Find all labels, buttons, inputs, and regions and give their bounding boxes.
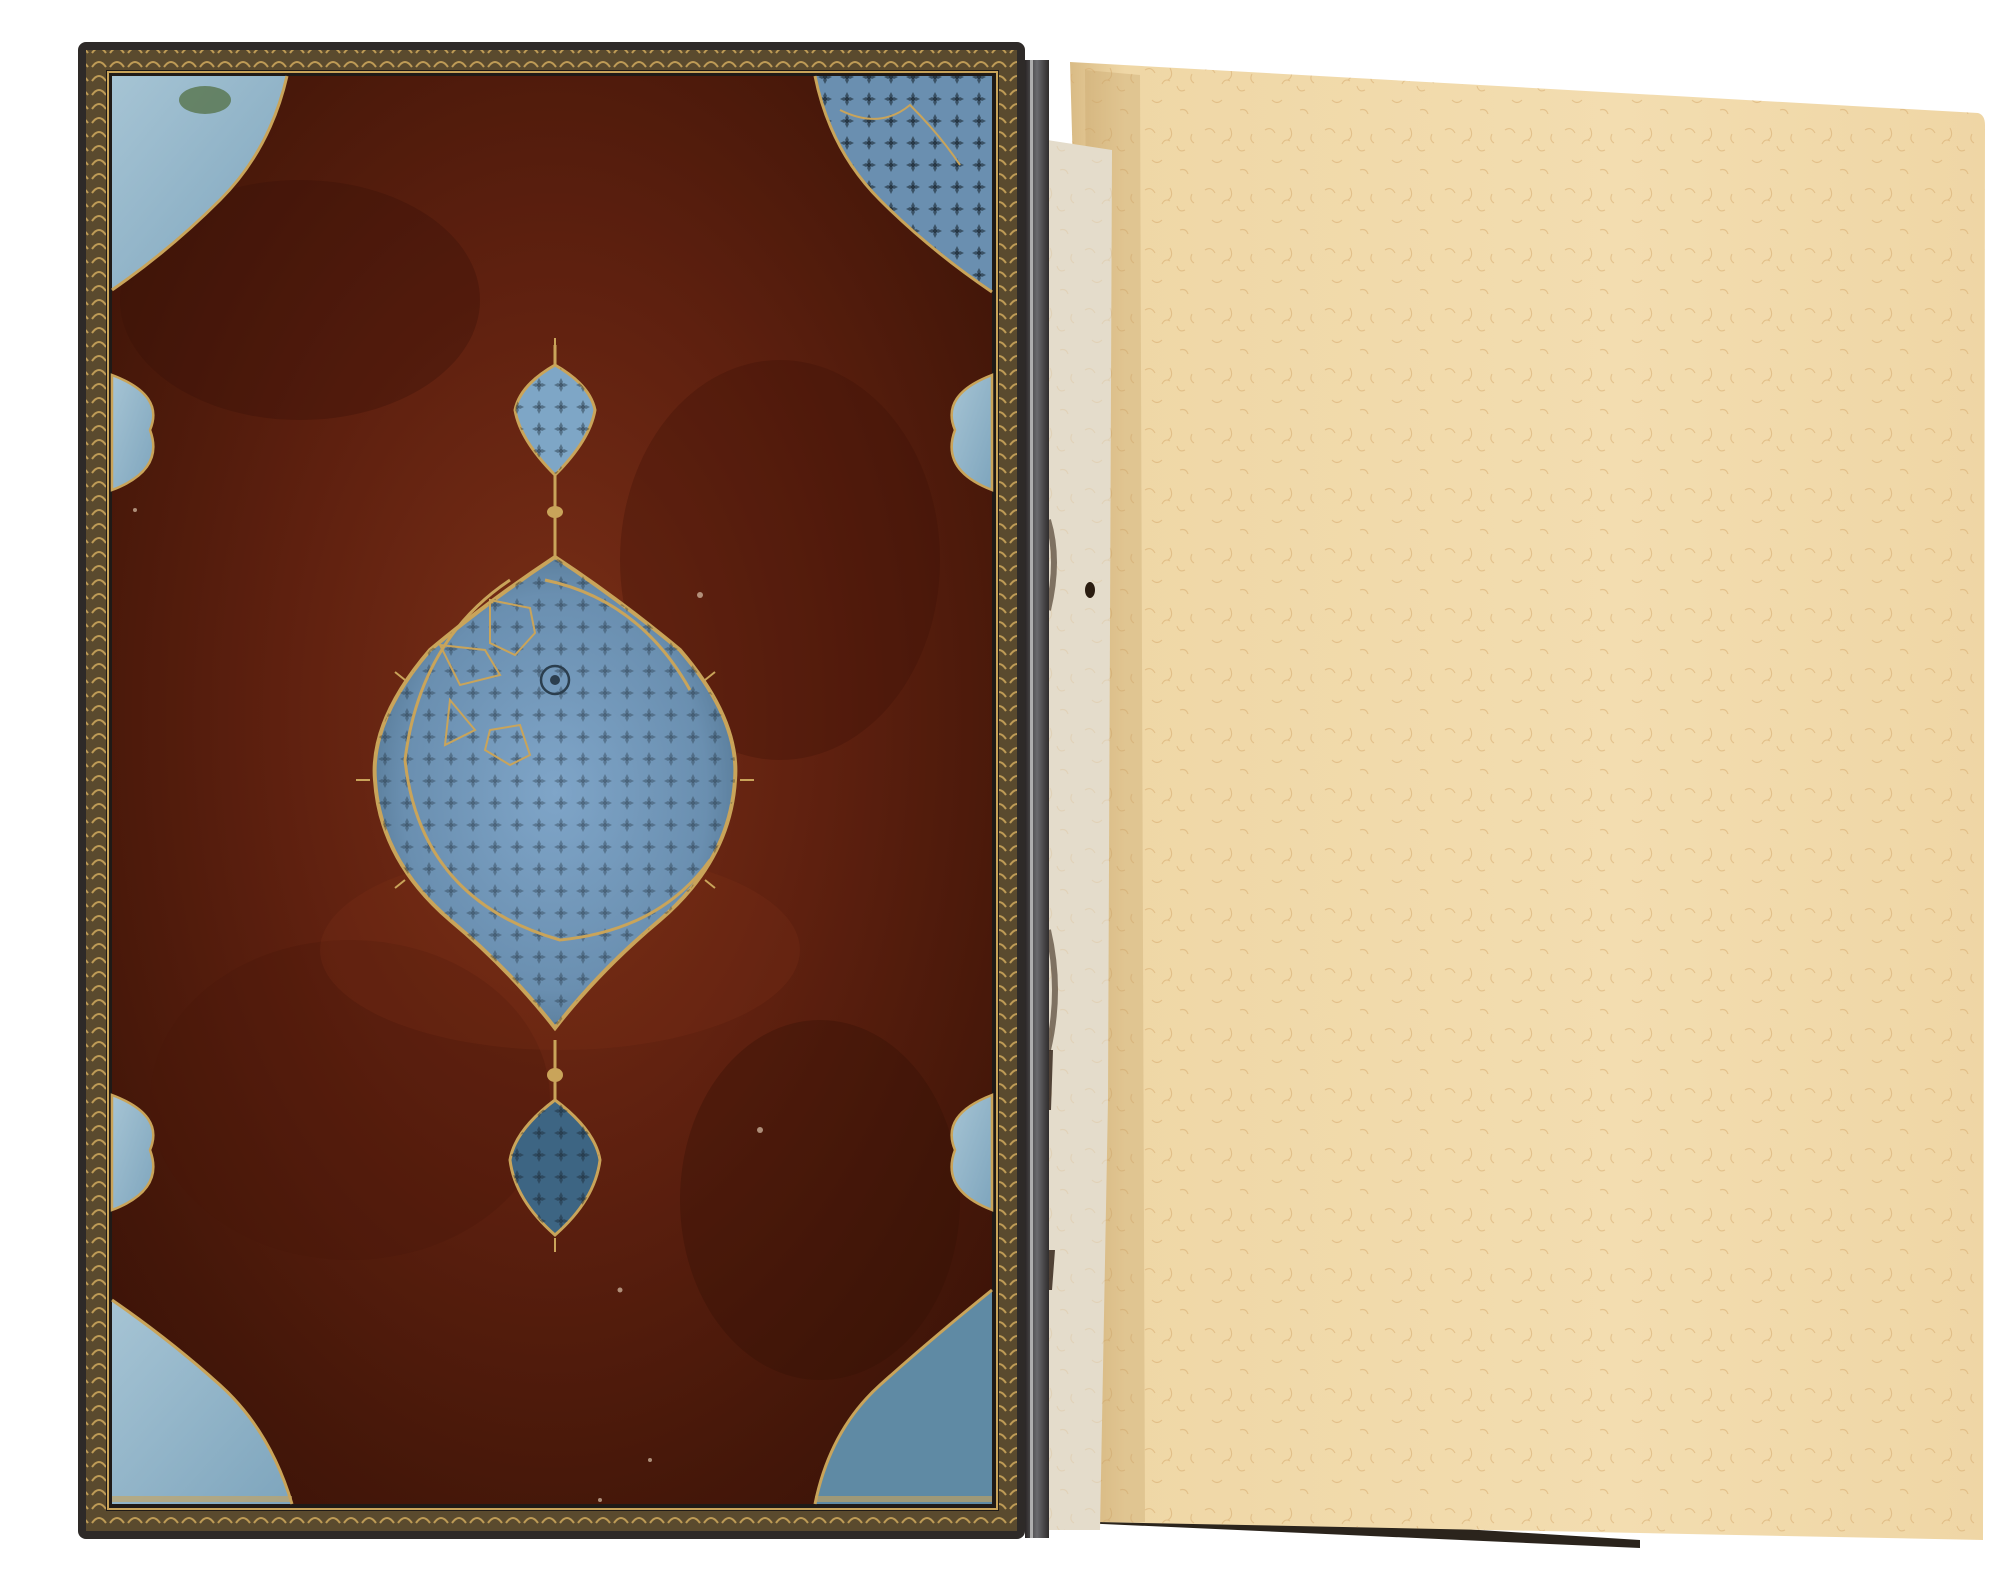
spine-edge [1025,60,1049,1538]
book-photo [0,0,2000,1588]
front-cover [78,42,1025,1539]
endpaper-page [1070,62,1985,1548]
cloth-hinge [1045,140,1112,1530]
